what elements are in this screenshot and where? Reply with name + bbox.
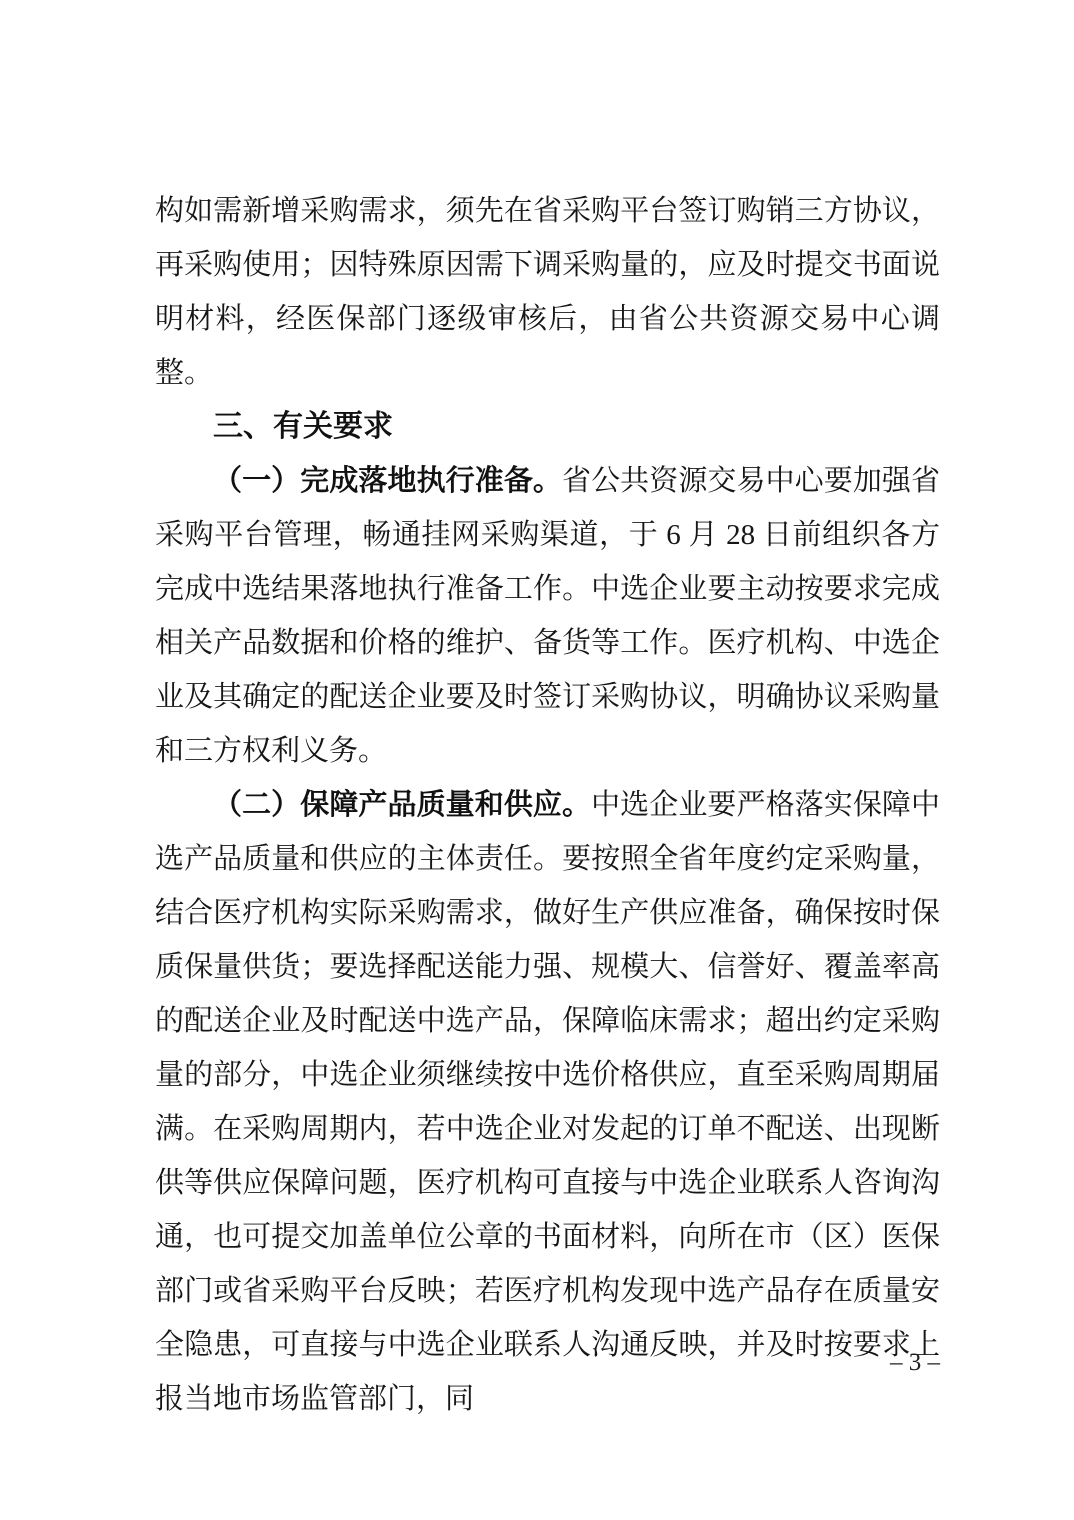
paragraph-item2-lead: （二）保障产品质量和供应。 [213, 789, 591, 821]
section-heading: 三、有关要求 [155, 400, 940, 454]
paragraph-item2-text: 中选企业要严格落实保障中选产品质量和供应的主体责任。要按照全省年度约定采购量，结… [155, 789, 940, 1415]
document-page: 构如需新增采购需求，须先在省采购平台签订购销三方协议，再采购使用；因特殊原因需下… [0, 0, 1074, 1520]
paragraph-item1-text: 省公共资源交易中心要加强省采购平台管理，畅通挂网采购渠道，于 6 月 28 日前… [155, 465, 940, 767]
paragraph-item1-lead: （一）完成落地执行准备。 [213, 465, 562, 497]
document-body: 构如需新增采购需求，须先在省采购平台签订购销三方协议，再采购使用；因特殊原因需下… [155, 184, 940, 1426]
paragraph-item1: （一）完成落地执行准备。省公共资源交易中心要加强省采购平台管理，畅通挂网采购渠道… [155, 454, 940, 778]
page-number: – 3 – [155, 1348, 940, 1378]
paragraph-continuation-text: 构如需新增采购需求，须先在省采购平台签订购销三方协议，再采购使用；因特殊原因需下… [155, 195, 940, 389]
paragraph-item2: （二）保障产品质量和供应。中选企业要严格落实保障中选产品质量和供应的主体责任。要… [155, 778, 940, 1426]
paragraph-continuation: 构如需新增采购需求，须先在省采购平台签订购销三方协议，再采购使用；因特殊原因需下… [155, 184, 940, 400]
